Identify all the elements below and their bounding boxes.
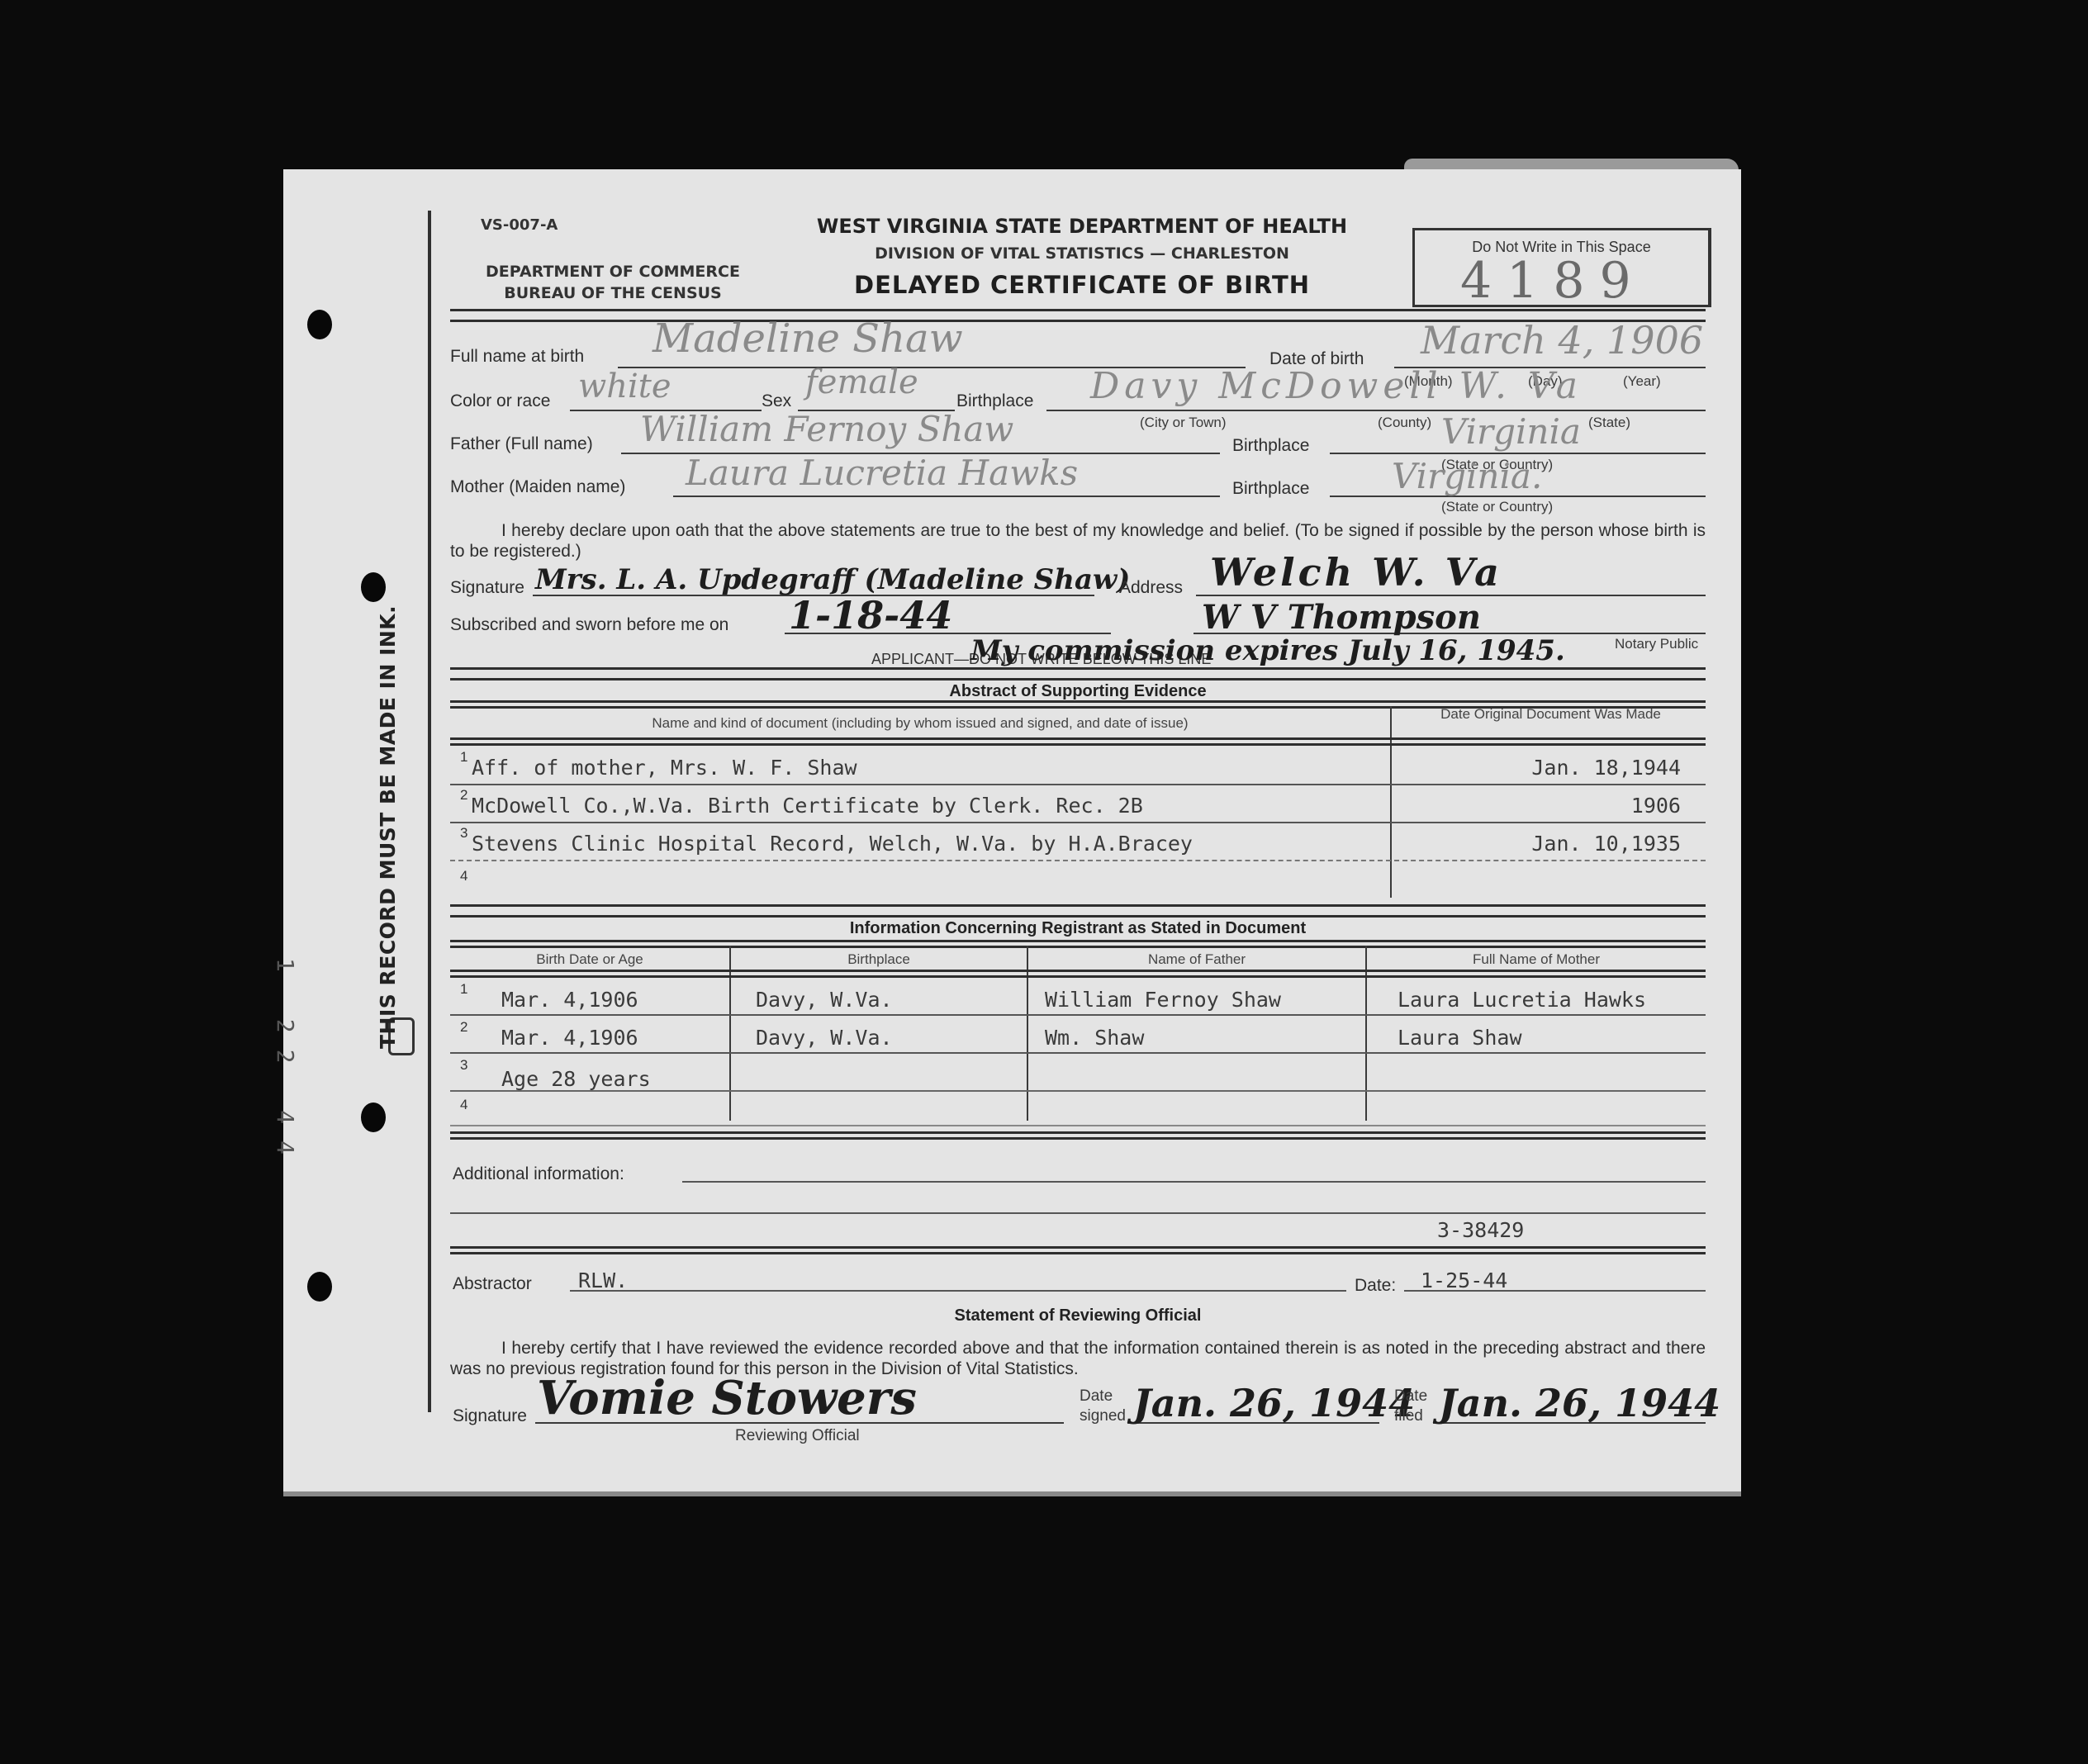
info-section-title: Information Concerning Registrant as Sta… <box>450 919 1706 938</box>
date-signed-label-2: signed <box>1080 1407 1126 1425</box>
date-filed-label: Date <box>1394 1387 1427 1406</box>
punch-hole <box>307 1272 332 1302</box>
punch-hole <box>361 1102 386 1132</box>
mother-field[interactable]: Laura Lucretia Hawks <box>686 453 1078 493</box>
father-birthplace-label: Birthplace <box>1232 436 1309 456</box>
evidence-col-doc: Name and kind of document (including by … <box>450 715 1390 732</box>
year-hint: (Year) <box>1623 373 1661 390</box>
info-father: William Fernoy Shaw <box>1045 988 1281 1012</box>
divider <box>450 1246 1706 1254</box>
father-birthplace-field[interactable]: Virginia <box>1441 411 1581 452</box>
abstract-date-field[interactable]: 1-25-44 <box>1421 1268 1507 1292</box>
birthplace-field[interactable]: Davy McDowell W. Va <box>1090 365 1583 407</box>
mother-birthplace-hint: (State or Country) <box>1441 499 1553 515</box>
row-number: 4 <box>460 1097 467 1113</box>
row-number: 2 <box>460 1019 467 1036</box>
address-field[interactable]: Welch W. Va <box>1210 550 1502 595</box>
evidence-date: Jan. 10,1935 <box>1531 832 1681 856</box>
evidence-row: 4 <box>450 861 1706 894</box>
mother-birthplace-field[interactable]: Virginia. <box>1392 456 1542 496</box>
divider <box>450 970 1706 978</box>
additional-info-value[interactable]: 3-38429 <box>1437 1218 1524 1242</box>
agency-left-1: DEPARTMENT OF COMMERCE <box>481 263 745 281</box>
divider <box>450 940 1706 948</box>
agency-left-2: BUREAU OF THE CENSUS <box>481 284 745 302</box>
divider <box>450 737 1706 746</box>
notary-signature[interactable]: W V Thompson <box>1202 598 1481 637</box>
father-label: Father (Full name) <box>450 434 593 454</box>
additional-info-label: Additional information: <box>453 1164 624 1184</box>
side-stamp: 1 22 44 <box>272 958 299 1171</box>
evidence-row: 2 McDowell Co.,W.Va. Birth Certificate b… <box>450 785 1706 823</box>
race-label: Color or race <box>450 391 550 411</box>
mother-birthplace-label: Birthplace <box>1232 479 1309 499</box>
evidence-row: 3 Stevens Clinic Hospital Record, Welch,… <box>450 823 1706 861</box>
evidence-col-date: Date Original Document Was Made <box>1396 706 1706 722</box>
state-hint: (State) <box>1588 415 1630 431</box>
dob-field[interactable]: March 4, 1906 <box>1421 318 1703 363</box>
info-mother: Laura Lucretia Hawks <box>1398 988 1646 1012</box>
oath-text: I hereby declare upon oath that the abov… <box>450 520 1706 562</box>
abstractor-field[interactable]: RLW. <box>578 1268 628 1292</box>
evidence-doc: Aff. of mother, Mrs. W. F. Shaw <box>472 756 857 780</box>
sex-field[interactable]: female <box>805 363 918 401</box>
city-hint: (City or Town) <box>1140 415 1227 431</box>
info-col-birth: Birth Date or Age <box>450 951 729 968</box>
info-birth: Age 28 years <box>501 1067 651 1091</box>
margin-rule <box>428 211 431 1412</box>
sworn-label: Subscribed and sworn before me on <box>450 615 728 635</box>
notary-label: Notary Public <box>1615 636 1698 652</box>
divider <box>450 904 1706 918</box>
form-number: VS-007-A <box>481 216 558 234</box>
divider <box>450 667 1706 680</box>
row-number: 2 <box>460 787 467 804</box>
commission-note: My commission expires July 16, 1945. <box>970 634 1565 667</box>
divider <box>450 1131 1706 1140</box>
info-place: Davy, W.Va. <box>756 1026 893 1050</box>
full-name-label: Full name at birth <box>450 347 584 367</box>
applicant-signature[interactable]: Mrs. L. A. Updegraff (Madeline Shaw) <box>535 563 1130 596</box>
info-birth: Mar. 4,1906 <box>501 988 638 1012</box>
date-filed-label-2: filed <box>1394 1407 1423 1425</box>
county-hint: (County) <box>1378 415 1431 431</box>
evidence-row: 1 Aff. of mother, Mrs. W. F. Shaw Jan. 1… <box>450 747 1706 785</box>
punch-hole <box>307 310 332 339</box>
row-number: 3 <box>460 825 467 842</box>
punch-hole <box>361 572 386 602</box>
row-number: 1 <box>460 981 467 998</box>
title-division: DIVISION OF VITAL STATISTICS — CHARLESTO… <box>793 244 1371 263</box>
page-title: DELAYED CERTIFICATE OF BIRTH <box>793 271 1371 299</box>
date-filed-field[interactable]: Jan. 26, 1944 <box>1439 1381 1720 1425</box>
info-row: 1 Mar. 4,1906 Davy, W.Va. William Fernoy… <box>450 978 1706 1016</box>
father-field[interactable]: William Fernoy Shaw <box>640 409 1013 449</box>
info-col-mother: Full Name of Mother <box>1367 951 1706 968</box>
info-row: 2 Mar. 4,1906 Davy, W.Va. Wm. Shaw Laura… <box>450 1016 1706 1054</box>
abstractor-label: Abstractor <box>453 1274 532 1294</box>
evidence-section-title: Abstract of Supporting Evidence <box>450 682 1706 701</box>
info-place: Davy, W.Va. <box>756 988 893 1012</box>
office-box-number: 4189 <box>1460 252 1646 310</box>
row-number: 4 <box>460 868 467 884</box>
ink-notice: THIS RECORD MUST BE MADE IN INK. <box>376 605 400 1049</box>
evidence-date: 1906 <box>1631 794 1681 818</box>
sworn-date[interactable]: 1-18-44 <box>789 593 952 638</box>
mother-label: Mother (Maiden name) <box>450 477 625 497</box>
abstract-date-label: Date: <box>1355 1276 1396 1296</box>
info-col-father: Name of Father <box>1028 951 1365 968</box>
evidence-doc: McDowell Co.,W.Va. Birth Certificate by … <box>472 794 1143 818</box>
evidence-date: Jan. 18,1944 <box>1531 756 1681 780</box>
date-signed-field[interactable]: Jan. 26, 1944 <box>1133 1381 1415 1425</box>
race-field[interactable]: white <box>578 367 671 405</box>
reviewer-signature[interactable]: Vomie Stowers <box>537 1371 917 1425</box>
info-row: 3 Age 28 years <box>450 1054 1706 1092</box>
info-birth: Mar. 4,1906 <box>501 1026 638 1050</box>
title-state-dept: WEST VIRGINIA STATE DEPARTMENT OF HEALTH <box>793 215 1371 238</box>
info-col-place: Birthplace <box>731 951 1027 968</box>
applicant-signature-label: Signature <box>450 578 524 598</box>
info-mother: Laura Shaw <box>1398 1026 1522 1050</box>
review-section-title: Statement of Reviewing Official <box>450 1306 1706 1325</box>
info-father: Wm. Shaw <box>1045 1026 1144 1050</box>
date-signed-label: Date <box>1080 1387 1113 1406</box>
address-label: Address <box>1119 578 1183 598</box>
row-number: 3 <box>460 1057 467 1074</box>
reviewer-caption: Reviewing Official <box>735 1427 860 1445</box>
evidence-doc: Stevens Clinic Hospital Record, Welch, W… <box>472 832 1193 856</box>
office-use-box: Do Not Write in This Space 4189 <box>1412 228 1711 307</box>
info-row: 4 <box>450 1092 1706 1121</box>
reviewer-signature-label: Signature <box>453 1406 527 1426</box>
full-name-field[interactable]: Madeline Shaw <box>652 315 963 362</box>
row-number: 1 <box>460 749 467 766</box>
